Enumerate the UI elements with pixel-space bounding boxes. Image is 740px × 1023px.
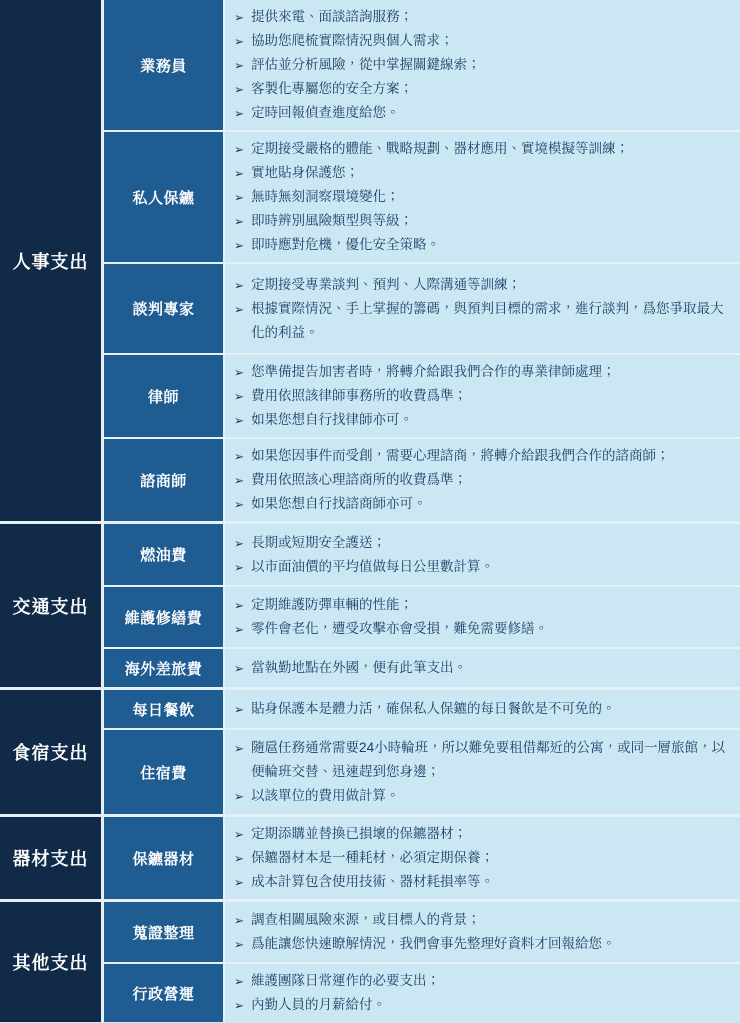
item-label: 蒐證整理 xyxy=(132,922,194,943)
category-cell: 器材支出 xyxy=(0,817,104,899)
bullet-item: ➢客製化專屬您的安全方案； xyxy=(234,77,726,101)
bullet-list: ➢定期添購並替換已損壞的保鑣器材；➢保鑣器材本是一種耗材，必須定期保養；➢成本計… xyxy=(234,822,726,894)
bullet-text: 即時辨別風險類型與等級； xyxy=(251,209,726,233)
arrow-bullet-icon: ➢ xyxy=(234,531,244,555)
description-cell: ➢當執勤地點在外國，便有此筆支出。 xyxy=(225,649,740,687)
category-group: 食宿支出每日餐飲➢貼身保護本是體力活，確保私人保鑣的每日餐飲是不可免的。住宿費➢… xyxy=(0,687,740,814)
table-row: 住宿費➢隨扈任務通常需要24小時輪班，所以難免要租借鄰近的公寓，或同一層旅館，以… xyxy=(104,728,740,814)
bullet-text: 隨扈任務通常需要24小時輪班，所以難免要租借鄰近的公寓，或同一層旅館，以便輪班交… xyxy=(251,736,726,784)
bullet-item: ➢當執勤地點在外國，便有此筆支出。 xyxy=(234,656,726,680)
bullet-item: ➢費用依照該心理諮商所的收費爲準； xyxy=(234,468,726,492)
category-cell: 人事支出 xyxy=(0,0,104,521)
bullet-text: 協助您爬梳實際情況與個人需求； xyxy=(251,29,726,53)
bullet-item: ➢如果您想自行找諮商師亦可。 xyxy=(234,492,726,516)
category-cell: 食宿支出 xyxy=(0,690,104,814)
item-cell: 業務員 xyxy=(104,0,225,130)
description-cell: ➢長期或短期安全護送；➢以市面油價的平均值做每日公里數計算。 xyxy=(225,524,740,585)
arrow-bullet-icon: ➢ xyxy=(234,785,244,809)
item-label: 海外差旅費 xyxy=(125,658,203,679)
bullet-text: 定時回報偵查進度給您。 xyxy=(251,101,726,125)
category-label: 交通支出 xyxy=(13,593,89,619)
category-cell: 交通支出 xyxy=(0,524,104,687)
bullet-text: 內勤人員的月薪給付。 xyxy=(251,993,726,1017)
table-row: 海外差旅費➢當執勤地點在外國，便有此筆支出。 xyxy=(104,647,740,687)
description-cell: ➢如果您因事件而受創，需要心理諮商，將轉介給跟我們合作的諮商師；➢費用依照該心理… xyxy=(225,439,740,521)
category-group: 人事支出業務員➢提供來電、面談諮詢服務；➢協助您爬梳實際情況與個人需求；➢評估並… xyxy=(0,0,740,521)
arrow-bullet-icon: ➢ xyxy=(234,871,244,895)
bullet-item: ➢定期接受專業談判、預判、人際溝通等訓練； xyxy=(234,273,726,297)
item-label: 行政營運 xyxy=(132,983,194,1004)
table-row: 諮商師➢如果您因事件而受創，需要心理諮商，將轉介給跟我們合作的諮商師；➢費用依照… xyxy=(104,437,740,521)
arrow-bullet-icon: ➢ xyxy=(234,186,244,210)
bullet-item: ➢實地貼身保護您； xyxy=(234,161,726,185)
arrow-bullet-icon: ➢ xyxy=(234,737,244,761)
arrow-bullet-icon: ➢ xyxy=(234,823,244,847)
arrow-bullet-icon: ➢ xyxy=(234,970,244,994)
item-label: 每日餐飲 xyxy=(132,699,194,720)
item-cell: 維護修繕費 xyxy=(104,587,225,647)
bullet-text: 定期添購並替換已損壞的保鑣器材； xyxy=(251,822,726,846)
description-cell: ➢定期維護防彈車輛的性能；➢零件會老化，遭受攻擊亦會受損，難免需要修繕。 xyxy=(225,587,740,647)
arrow-bullet-icon: ➢ xyxy=(234,657,244,681)
bullet-list: ➢提供來電、面談諮詢服務；➢協助您爬梳實際情況與個人需求；➢評估並分析風險，從中… xyxy=(234,5,726,125)
bullet-item: ➢您準備提告加害者時，將轉介給跟我們合作的專業律師處理； xyxy=(234,360,726,384)
table-row: 維護修繕費➢定期維護防彈車輛的性能；➢零件會老化，遭受攻擊亦會受損，難免需要修繕… xyxy=(104,585,740,647)
arrow-bullet-icon: ➢ xyxy=(234,30,244,54)
description-cell: ➢定期添購並替換已損壞的保鑣器材；➢保鑣器材本是一種耗材，必須定期保養；➢成本計… xyxy=(225,817,740,899)
bullet-list: ➢長期或短期安全護送；➢以市面油價的平均值做每日公里數計算。 xyxy=(234,531,726,579)
bullet-item: ➢如果您因事件而受創，需要心理諮商，將轉介給跟我們合作的諮商師； xyxy=(234,444,726,468)
item-label: 維護修繕費 xyxy=(125,607,203,628)
bullet-item: ➢貼身保護本是體力活，確保私人保鑣的每日餐飲是不可免的。 xyxy=(234,697,726,721)
arrow-bullet-icon: ➢ xyxy=(234,6,244,30)
arrow-bullet-icon: ➢ xyxy=(234,933,244,957)
arrow-bullet-icon: ➢ xyxy=(234,909,244,933)
item-cell: 行政營運 xyxy=(104,964,225,1022)
bullet-item: ➢如果您想自行找律師亦可。 xyxy=(234,408,726,432)
item-rows: 每日餐飲➢貼身保護本是體力活，確保私人保鑣的每日餐飲是不可免的。住宿費➢隨扈任務… xyxy=(104,690,740,814)
bullet-list: ➢貼身保護本是體力活，確保私人保鑣的每日餐飲是不可免的。 xyxy=(234,697,726,721)
bullet-text: 定期接受嚴格的體能、戰略規劃、器材應用、實境模擬等訓練； xyxy=(251,137,726,161)
item-rows: 業務員➢提供來電、面談諮詢服務；➢協助您爬梳實際情況與個人需求；➢評估並分析風險… xyxy=(104,0,740,521)
bullet-list: ➢調查相關風險來源，或目標人的背景；➢爲能讓您快速瞭解情況，我們會事先整理好資料… xyxy=(234,908,726,956)
bullet-text: 您準備提告加害者時，將轉介給跟我們合作的專業律師處理； xyxy=(251,360,726,384)
bullet-item: ➢定期維護防彈車輛的性能； xyxy=(234,593,726,617)
item-label: 私人保鑣 xyxy=(132,187,194,208)
bullet-text: 評估並分析風險，從中掌握關鍵線索； xyxy=(251,53,726,77)
arrow-bullet-icon: ➢ xyxy=(234,234,244,258)
bullet-text: 以市面油價的平均值做每日公里數計算。 xyxy=(251,555,726,579)
bullet-text: 成本計算包含使用技術、器材耗損率等。 xyxy=(251,870,726,894)
table-row: 私人保鑣➢定期接受嚴格的體能、戰略規劃、器材應用、實境模擬等訓練；➢實地貼身保護… xyxy=(104,130,740,262)
bullet-text: 定期接受專業談判、預判、人際溝通等訓練； xyxy=(251,273,726,297)
description-cell: ➢維護團隊日常運作的必要支出；➢內勤人員的月薪給付。 xyxy=(225,964,740,1022)
item-cell: 每日餐飲 xyxy=(104,690,225,728)
bullet-list: ➢定期接受嚴格的體能、戰略規劃、器材應用、實境模擬等訓練；➢實地貼身保護您；➢無… xyxy=(234,137,726,257)
bullet-text: 費用依照該心理諮商所的收費爲準； xyxy=(251,468,726,492)
arrow-bullet-icon: ➢ xyxy=(234,555,244,579)
bullet-item: ➢成本計算包含使用技術、器材耗損率等。 xyxy=(234,870,726,894)
arrow-bullet-icon: ➢ xyxy=(234,493,244,517)
bullet-list: ➢隨扈任務通常需要24小時輪班，所以難免要租借鄰近的公寓，或同一層旅館，以便輪班… xyxy=(234,736,726,808)
item-cell: 燃油費 xyxy=(104,524,225,585)
category-group: 交通支出燃油費➢長期或短期安全護送；➢以市面油價的平均值做每日公里數計算。維護修… xyxy=(0,521,740,687)
item-label: 業務員 xyxy=(140,55,187,76)
bullet-item: ➢即時應對危機，優化安全策略。 xyxy=(234,233,726,257)
arrow-bullet-icon: ➢ xyxy=(234,210,244,234)
item-cell: 律師 xyxy=(104,355,225,437)
item-cell: 住宿費 xyxy=(104,730,225,814)
category-group: 器材支出保鑣器材➢定期添購並替換已損壞的保鑣器材；➢保鑣器材本是一種耗材，必須定… xyxy=(0,814,740,899)
bullet-text: 以該單位的費用做計算。 xyxy=(251,784,726,808)
bullet-item: ➢定時回報偵查進度給您。 xyxy=(234,101,726,125)
bullet-text: 零件會老化，遭受攻擊亦會受損，難免需要修繕。 xyxy=(251,617,726,641)
item-label: 談判專家 xyxy=(132,298,194,319)
arrow-bullet-icon: ➢ xyxy=(234,409,244,433)
arrow-bullet-icon: ➢ xyxy=(234,469,244,493)
item-cell: 海外差旅費 xyxy=(104,649,225,687)
description-cell: ➢定期接受嚴格的體能、戰略規劃、器材應用、實境模擬等訓練；➢實地貼身保護您；➢無… xyxy=(225,132,740,262)
arrow-bullet-icon: ➢ xyxy=(234,847,244,871)
expense-table: 人事支出業務員➢提供來電、面談諮詢服務；➢協助您爬梳實際情況與個人需求；➢評估並… xyxy=(0,0,740,1023)
bullet-text: 實地貼身保護您； xyxy=(251,161,726,185)
bullet-list: ➢當執勤地點在外國，便有此筆支出。 xyxy=(234,656,726,680)
description-cell: ➢調查相關風險來源，或目標人的背景；➢爲能讓您快速瞭解情況，我們會事先整理好資料… xyxy=(225,902,740,962)
table-row: 保鑣器材➢定期添購並替換已損壞的保鑣器材；➢保鑣器材本是一種耗材，必須定期保養；… xyxy=(104,817,740,899)
bullet-item: ➢零件會老化，遭受攻擊亦會受損，難免需要修繕。 xyxy=(234,617,726,641)
item-cell: 蒐證整理 xyxy=(104,902,225,962)
item-cell: 諮商師 xyxy=(104,439,225,521)
arrow-bullet-icon: ➢ xyxy=(234,54,244,78)
bullet-text: 提供來電、面談諮詢服務； xyxy=(251,5,726,29)
bullet-text: 如果您因事件而受創，需要心理諮商，將轉介給跟我們合作的諮商師； xyxy=(251,444,726,468)
bullet-item: ➢內勤人員的月薪給付。 xyxy=(234,993,726,1017)
bullet-text: 如果您想自行找諮商師亦可。 xyxy=(251,492,726,516)
bullet-item: ➢定期接受嚴格的體能、戰略規劃、器材應用、實境模擬等訓練； xyxy=(234,137,726,161)
bullet-item: ➢無時無刻洞察環境變化； xyxy=(234,185,726,209)
bullet-list: ➢您準備提告加害者時，將轉介給跟我們合作的專業律師處理；➢費用依照該律師事務所的… xyxy=(234,360,726,432)
description-cell: ➢定期接受專業談判、預判、人際溝通等訓練；➢根據實際情況、手上掌握的籌碼，與預判… xyxy=(225,264,740,353)
category-label: 其他支出 xyxy=(13,949,89,975)
bullet-list: ➢定期維護防彈車輛的性能；➢零件會老化，遭受攻擊亦會受損，難免需要修繕。 xyxy=(234,593,726,641)
item-rows: 燃油費➢長期或短期安全護送；➢以市面油價的平均值做每日公里數計算。維護修繕費➢定… xyxy=(104,524,740,687)
table-row: 燃油費➢長期或短期安全護送；➢以市面油價的平均值做每日公里數計算。 xyxy=(104,524,740,585)
bullet-item: ➢協助您爬梳實際情況與個人需求； xyxy=(234,29,726,53)
bullet-text: 根據實際情況、手上掌握的籌碼，與預判目標的需求，進行談判，爲您爭取最大化的利益。 xyxy=(251,297,726,345)
arrow-bullet-icon: ➢ xyxy=(234,594,244,618)
item-cell: 私人保鑣 xyxy=(104,132,225,262)
description-cell: ➢貼身保護本是體力活，確保私人保鑣的每日餐飲是不可免的。 xyxy=(225,690,740,728)
bullet-item: ➢提供來電、面談諮詢服務； xyxy=(234,5,726,29)
bullet-text: 長期或短期安全護送； xyxy=(251,531,726,555)
bullet-item: ➢即時辨別風險類型與等級； xyxy=(234,209,726,233)
bullet-item: ➢長期或短期安全護送； xyxy=(234,531,726,555)
bullet-text: 調查相關風險來源，或目標人的背景； xyxy=(251,908,726,932)
arrow-bullet-icon: ➢ xyxy=(234,162,244,186)
arrow-bullet-icon: ➢ xyxy=(234,273,244,297)
category-cell: 其他支出 xyxy=(0,902,104,1022)
arrow-bullet-icon: ➢ xyxy=(234,361,244,385)
bullet-list: ➢維護團隊日常運作的必要支出；➢內勤人員的月薪給付。 xyxy=(234,969,726,1017)
bullet-text: 如果您想自行找律師亦可。 xyxy=(251,408,726,432)
category-group: 其他支出蒐證整理➢調查相關風險來源，或目標人的背景；➢爲能讓您快速瞭解情況，我們… xyxy=(0,899,740,1022)
table-row: 律師➢您準備提告加害者時，將轉介給跟我們合作的專業律師處理；➢費用依照該律師事務… xyxy=(104,353,740,437)
table-row: 蒐證整理➢調查相關風險來源，或目標人的背景；➢爲能讓您快速瞭解情況，我們會事先整… xyxy=(104,902,740,962)
description-cell: ➢隨扈任務通常需要24小時輪班，所以難免要租借鄰近的公寓，或同一層旅館，以便輪班… xyxy=(225,730,740,814)
description-cell: ➢您準備提告加害者時，將轉介給跟我們合作的專業律師處理；➢費用依照該律師事務所的… xyxy=(225,355,740,437)
bullet-list: ➢定期接受專業談判、預判、人際溝通等訓練；➢根據實際情況、手上掌握的籌碼，與預判… xyxy=(234,273,726,345)
category-label: 人事支出 xyxy=(13,248,89,274)
arrow-bullet-icon: ➢ xyxy=(234,138,244,162)
item-label: 律師 xyxy=(148,386,179,407)
table-row: 行政營運➢維護團隊日常運作的必要支出；➢內勤人員的月薪給付。 xyxy=(104,962,740,1022)
arrow-bullet-icon: ➢ xyxy=(234,698,244,722)
table-row: 談判專家➢定期接受專業談判、預判、人際溝通等訓練；➢根據實際情況、手上掌握的籌碼… xyxy=(104,262,740,353)
arrow-bullet-icon: ➢ xyxy=(234,102,244,126)
bullet-item: ➢根據實際情況、手上掌握的籌碼，與預判目標的需求，進行談判，爲您爭取最大化的利益… xyxy=(234,297,726,345)
item-rows: 保鑣器材➢定期添購並替換已損壞的保鑣器材；➢保鑣器材本是一種耗材，必須定期保養；… xyxy=(104,817,740,899)
bullet-item: ➢定期添購並替換已損壞的保鑣器材； xyxy=(234,822,726,846)
item-label: 諮商師 xyxy=(140,470,187,491)
item-cell: 保鑣器材 xyxy=(104,817,225,899)
bullet-text: 無時無刻洞察環境變化； xyxy=(251,185,726,209)
arrow-bullet-icon: ➢ xyxy=(234,297,244,321)
bullet-text: 客製化專屬您的安全方案； xyxy=(251,77,726,101)
bullet-item: ➢調查相關風險來源，或目標人的背景； xyxy=(234,908,726,932)
bullet-item: ➢費用依照該律師事務所的收費爲準； xyxy=(234,384,726,408)
bullet-item: ➢隨扈任務通常需要24小時輪班，所以難免要租借鄰近的公寓，或同一層旅館，以便輪班… xyxy=(234,736,726,784)
item-label: 保鑣器材 xyxy=(132,848,194,869)
item-cell: 談判專家 xyxy=(104,264,225,353)
bullet-text: 即時應對危機，優化安全策略。 xyxy=(251,233,726,257)
category-label: 器材支出 xyxy=(13,845,89,871)
item-label: 住宿費 xyxy=(140,762,187,783)
description-cell: ➢提供來電、面談諮詢服務；➢協助您爬梳實際情況與個人需求；➢評估並分析風險，從中… xyxy=(225,0,740,130)
arrow-bullet-icon: ➢ xyxy=(234,994,244,1018)
item-rows: 蒐證整理➢調查相關風險來源，或目標人的背景；➢爲能讓您快速瞭解情況，我們會事先整… xyxy=(104,902,740,1022)
bullet-text: 保鑣器材本是一種耗材，必須定期保養； xyxy=(251,846,726,870)
arrow-bullet-icon: ➢ xyxy=(234,78,244,102)
arrow-bullet-icon: ➢ xyxy=(234,445,244,469)
bullet-item: ➢以該單位的費用做計算。 xyxy=(234,784,726,808)
arrow-bullet-icon: ➢ xyxy=(234,618,244,642)
arrow-bullet-icon: ➢ xyxy=(234,385,244,409)
bullet-text: 定期維護防彈車輛的性能； xyxy=(251,593,726,617)
table-row: 每日餐飲➢貼身保護本是體力活，確保私人保鑣的每日餐飲是不可免的。 xyxy=(104,690,740,728)
bullet-text: 當執勤地點在外國，便有此筆支出。 xyxy=(251,656,726,680)
bullet-text: 貼身保護本是體力活，確保私人保鑣的每日餐飲是不可免的。 xyxy=(251,697,726,721)
category-label: 食宿支出 xyxy=(13,739,89,765)
bullet-text: 爲能讓您快速瞭解情況，我們會事先整理好資料才回報給您。 xyxy=(251,932,726,956)
bullet-list: ➢如果您因事件而受創，需要心理諮商，將轉介給跟我們合作的諮商師；➢費用依照該心理… xyxy=(234,444,726,516)
bullet-item: ➢以市面油價的平均值做每日公里數計算。 xyxy=(234,555,726,579)
table-row: 業務員➢提供來電、面談諮詢服務；➢協助您爬梳實際情況與個人需求；➢評估並分析風險… xyxy=(104,0,740,130)
bullet-item: ➢保鑣器材本是一種耗材，必須定期保養； xyxy=(234,846,726,870)
bullet-text: 維護團隊日常運作的必要支出； xyxy=(251,969,726,993)
item-label: 燃油費 xyxy=(140,544,187,565)
bullet-item: ➢維護團隊日常運作的必要支出； xyxy=(234,969,726,993)
bullet-item: ➢評估並分析風險，從中掌握關鍵線索； xyxy=(234,53,726,77)
bullet-item: ➢爲能讓您快速瞭解情況，我們會事先整理好資料才回報給您。 xyxy=(234,932,726,956)
bullet-text: 費用依照該律師事務所的收費爲準； xyxy=(251,384,726,408)
